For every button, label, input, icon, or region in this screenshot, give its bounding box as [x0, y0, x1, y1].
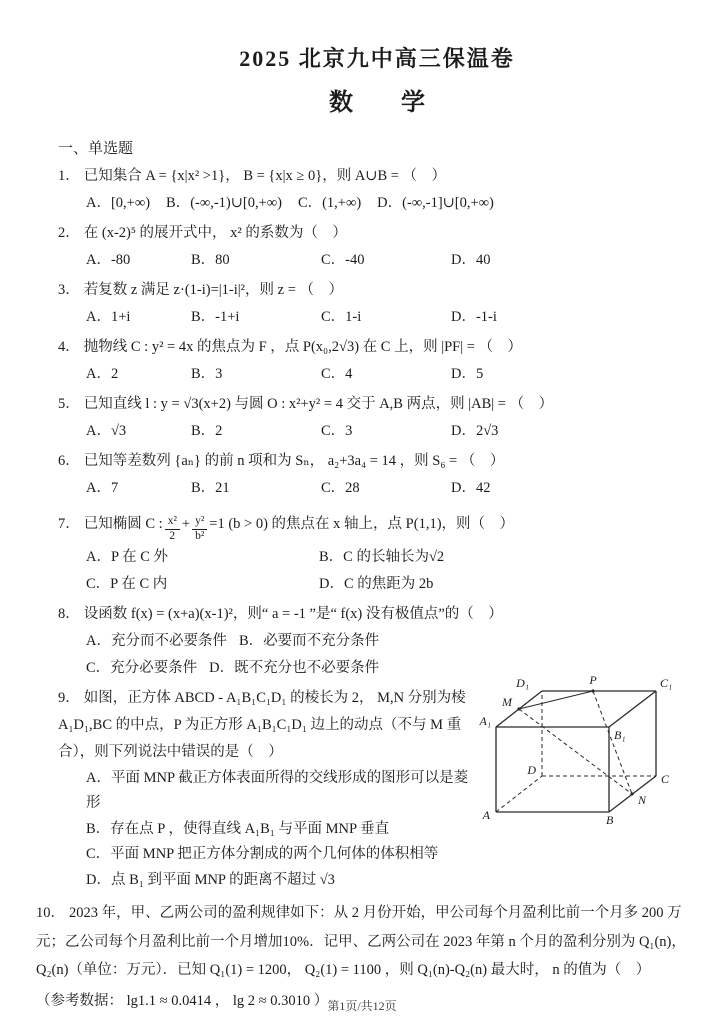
label-C: C	[661, 772, 670, 786]
fraction-y-squared-over-b-squared: y²b²	[192, 515, 207, 544]
question-2-option-d: D．40	[451, 247, 696, 274]
cube-figure: D₁ P C₁ M A₁ B₁ D C A B N	[474, 673, 696, 825]
page-footer: 第1页/共12页	[0, 997, 724, 1014]
question-1: 1．已知集合 A = {x|x² >1}， B = {x|x ≥ 0}，则 A∪…	[58, 163, 696, 217]
label-M: M	[501, 695, 513, 709]
question-8-option-c: C．充分必要条件	[86, 655, 197, 682]
question-7-stem-prefix: 已知椭圆 C :	[84, 516, 163, 532]
question-6-option-b: B．21	[191, 475, 321, 502]
question-1-number: 1．	[58, 168, 80, 184]
question-4-option-d: D．5	[451, 361, 696, 388]
question-8-option-d: D．既不充分也不必要条件	[209, 655, 379, 682]
question-7: 7．已知椭圆 C :x²2+y²b²=1 (b > 0) 的焦点在 x 轴上，点…	[58, 505, 696, 598]
question-6-stem: 6．已知等差数列 {aₙ} 的前 n 项和为 Sₙ， a₂+3a₄ = 14 ，…	[58, 448, 696, 475]
question-5-option-b: B．2	[191, 418, 321, 445]
question-1-options: A．[0,+∞) B．(-∞,-1)∪[0,+∞) C．(1,+∞) D．(-∞…	[86, 190, 696, 217]
question-9-stem-text: 如图，正方体 ABCD - A₁B₁C₁D₁ 的棱长为 2， M,N 分别为棱 …	[58, 690, 466, 760]
question-10-stem: 10．2023 年，甲、乙两公司的盈利规律如下：从 2 月份开始，甲公司每个月盈…	[36, 899, 696, 985]
section-heading: 一、单选题	[58, 138, 696, 160]
question-3-option-d: D．-1-i	[451, 304, 696, 331]
label-D1: D₁	[515, 676, 529, 690]
question-5-options: A．√3 B．2 C．3 D．2√3	[86, 418, 696, 445]
question-3-stem-text: 若复数 z 满足 z·(1-i)=|1-i|²，则 z = （ ）	[84, 282, 343, 298]
question-2-option-c: C．-40	[321, 247, 451, 274]
question-7-options: A．P 在 C 外 B．C 的长轴长为√2 C．P 在 C 内 D．C 的焦距为…	[86, 544, 696, 598]
question-2-stem: 2．在 (x-2)⁵ 的展开式中， x² 的系数为（ ）	[58, 220, 696, 247]
question-6-option-d: D．42	[451, 475, 696, 502]
question-5-stem-text: 已知直线 l : y = √3(x+2) 与圆 O : x²+y² = 4 交于…	[84, 396, 553, 412]
question-5-option-c: C．3	[321, 418, 451, 445]
question-2-options: A．-80 B．80 C．-40 D．40	[86, 247, 696, 274]
question-1-option-c: C．(1,+∞)	[298, 190, 361, 217]
question-2-stem-text: 在 (x-2)⁵ 的展开式中， x² 的系数为（ ）	[84, 225, 347, 241]
question-4-number: 4．	[58, 339, 80, 355]
question-3-options: A．1+i B．-1+i C．1-i D．-1-i	[86, 304, 696, 331]
question-1-stem-text: 已知集合 A = {x|x² >1}， B = {x|x ≥ 0}，则 A∪B …	[84, 168, 446, 184]
question-3-stem: 3．若复数 z 满足 z·(1-i)=|1-i|²，则 z = （ ）	[58, 277, 696, 304]
question-2-option-b: B．80	[191, 247, 321, 274]
question-8-number: 8．	[58, 606, 80, 622]
question-4-option-a: A．2	[86, 361, 191, 388]
question-9-option-d: D．点 B₁ 到平面 MNP 的距离不超过 √3	[86, 868, 696, 894]
fraction-x-squared-over-2: x²2	[165, 515, 180, 544]
question-8-option-b: B．必要而不充分条件	[239, 628, 379, 655]
question-3-option-b: B．-1+i	[191, 304, 321, 331]
question-7-number: 7．	[58, 516, 80, 532]
label-D: D	[526, 763, 536, 777]
question-6-option-c: C．28	[321, 475, 451, 502]
question-7-stem-suffix: =1 (b > 0) 的焦点在 x 轴上，点 P(1,1)，则（ ）	[209, 516, 514, 532]
question-7-option-c: C．P 在 C 内	[86, 571, 319, 598]
question-7-option-b: B．C 的长轴长为√2	[319, 544, 696, 571]
label-A1: A₁	[478, 714, 491, 728]
exam-page: 2025 北京九中高三保温卷 数 学 一、单选题 1．已知集合 A = {x|x…	[0, 0, 724, 1024]
question-9-number: 9．	[58, 690, 80, 706]
question-8-option-a: A．充分而不必要条件	[86, 628, 227, 655]
question-10-stem-text: 2023 年，甲、乙两公司的盈利规律如下：从 2 月份开始，甲公司每个月盈利比前…	[36, 905, 686, 978]
question-7-option-d: D．C 的焦距为 2b	[319, 571, 696, 598]
question-3: 3．若复数 z 满足 z·(1-i)=|1-i|²，则 z = （ ） A．1+…	[58, 277, 696, 331]
cube-diagram: D₁ P C₁ M A₁ B₁ D C A B N	[474, 673, 696, 825]
question-2: 2．在 (x-2)⁵ 的展开式中， x² 的系数为（ ） A．-80 B．80 …	[58, 220, 696, 274]
question-5-number: 5．	[58, 396, 80, 412]
question-8-stem: 8．设函数 f(x) = (x+a)(x-1)²，则“ a = -1 ”是“ f…	[58, 601, 696, 628]
question-7-option-a: A．P 在 C 外	[86, 544, 319, 571]
fraction-2-numerator: y²	[192, 515, 207, 530]
page-title: 2025 北京九中高三保温卷	[58, 44, 696, 74]
question-6-number: 6．	[58, 453, 80, 469]
subject-title: 数 学	[58, 88, 696, 118]
question-6-options: A．7 B．21 C．28 D．42	[86, 475, 696, 502]
fraction-1-numerator: x²	[165, 515, 180, 530]
question-4: 4．抛物线 C : y² = 4x 的焦点为 F ，点 P(x₀,2√3) 在 …	[58, 334, 696, 388]
question-3-option-c: C．1-i	[321, 304, 451, 331]
question-6: 6．已知等差数列 {aₙ} 的前 n 项和为 Sₙ， a₂+3a₄ = 14 ，…	[58, 448, 696, 502]
label-N: N	[637, 793, 647, 807]
question-8: 8．设函数 f(x) = (x+a)(x-1)²，则“ a = -1 ”是“ f…	[58, 601, 696, 682]
question-5-stem: 5．已知直线 l : y = √3(x+2) 与圆 O : x²+y² = 4 …	[58, 391, 696, 418]
question-6-stem-text: 已知等差数列 {aₙ} 的前 n 项和为 Sₙ， a₂+3a₄ = 14 ，则 …	[84, 453, 505, 469]
question-4-option-c: C．4	[321, 361, 451, 388]
label-B: B	[606, 813, 614, 825]
question-4-stem-text: 抛物线 C : y² = 4x 的焦点为 F ，点 P(x₀,2√3) 在 C …	[84, 339, 522, 355]
question-1-option-d: D．(-∞,-1]∪[0,+∞)	[377, 190, 494, 217]
question-1-stem: 1．已知集合 A = {x|x² >1}， B = {x|x ≥ 0}，则 A∪…	[58, 163, 696, 190]
question-5-option-a: A．√3	[86, 418, 191, 445]
question-1-option-a: A．[0,+∞)	[86, 190, 150, 217]
question-8-options-row-1: A．充分而不必要条件 B．必要而不充分条件	[86, 628, 696, 655]
question-5: 5．已知直线 l : y = √3(x+2) 与圆 O : x²+y² = 4 …	[58, 391, 696, 445]
question-1-option-b: B．(-∞,-1)∪[0,+∞)	[166, 190, 282, 217]
fraction-2-denominator: b²	[192, 530, 207, 544]
question-2-option-a: A．-80	[86, 247, 191, 274]
question-2-number: 2．	[58, 225, 80, 241]
question-7-stem: 7．已知椭圆 C :x²2+y²b²=1 (b > 0) 的焦点在 x 轴上，点…	[58, 505, 696, 544]
question-5-option-d: D．2√3	[451, 418, 696, 445]
segment-PN	[593, 691, 632, 794]
label-C1: C₁	[660, 676, 672, 690]
question-3-number: 3．	[58, 282, 80, 298]
label-B1: B₁	[614, 728, 626, 742]
question-8-stem-text: 设函数 f(x) = (x+a)(x-1)²，则“ a = -1 ”是“ f(x…	[84, 606, 503, 622]
fraction-1-denominator: 2	[165, 530, 180, 544]
label-P: P	[588, 673, 597, 687]
question-10-number: 10．	[36, 905, 65, 921]
fraction-plus-sign: +	[182, 516, 190, 532]
label-A: A	[482, 808, 491, 822]
question-4-option-b: B．3	[191, 361, 321, 388]
question-3-option-a: A．1+i	[86, 304, 191, 331]
question-9-option-c: C．平面 MNP 把正方体分割成的两个几何体的体积相等	[86, 842, 696, 868]
question-6-option-a: A．7	[86, 475, 191, 502]
question-4-stem: 4．抛物线 C : y² = 4x 的焦点为 F ，点 P(x₀,2√3) 在 …	[58, 334, 696, 361]
question-9: D₁ P C₁ M A₁ B₁ D C A B N 9．如图，正方体 ABCD …	[58, 685, 696, 894]
question-4-options: A．2 B．3 C．4 D．5	[86, 361, 696, 388]
